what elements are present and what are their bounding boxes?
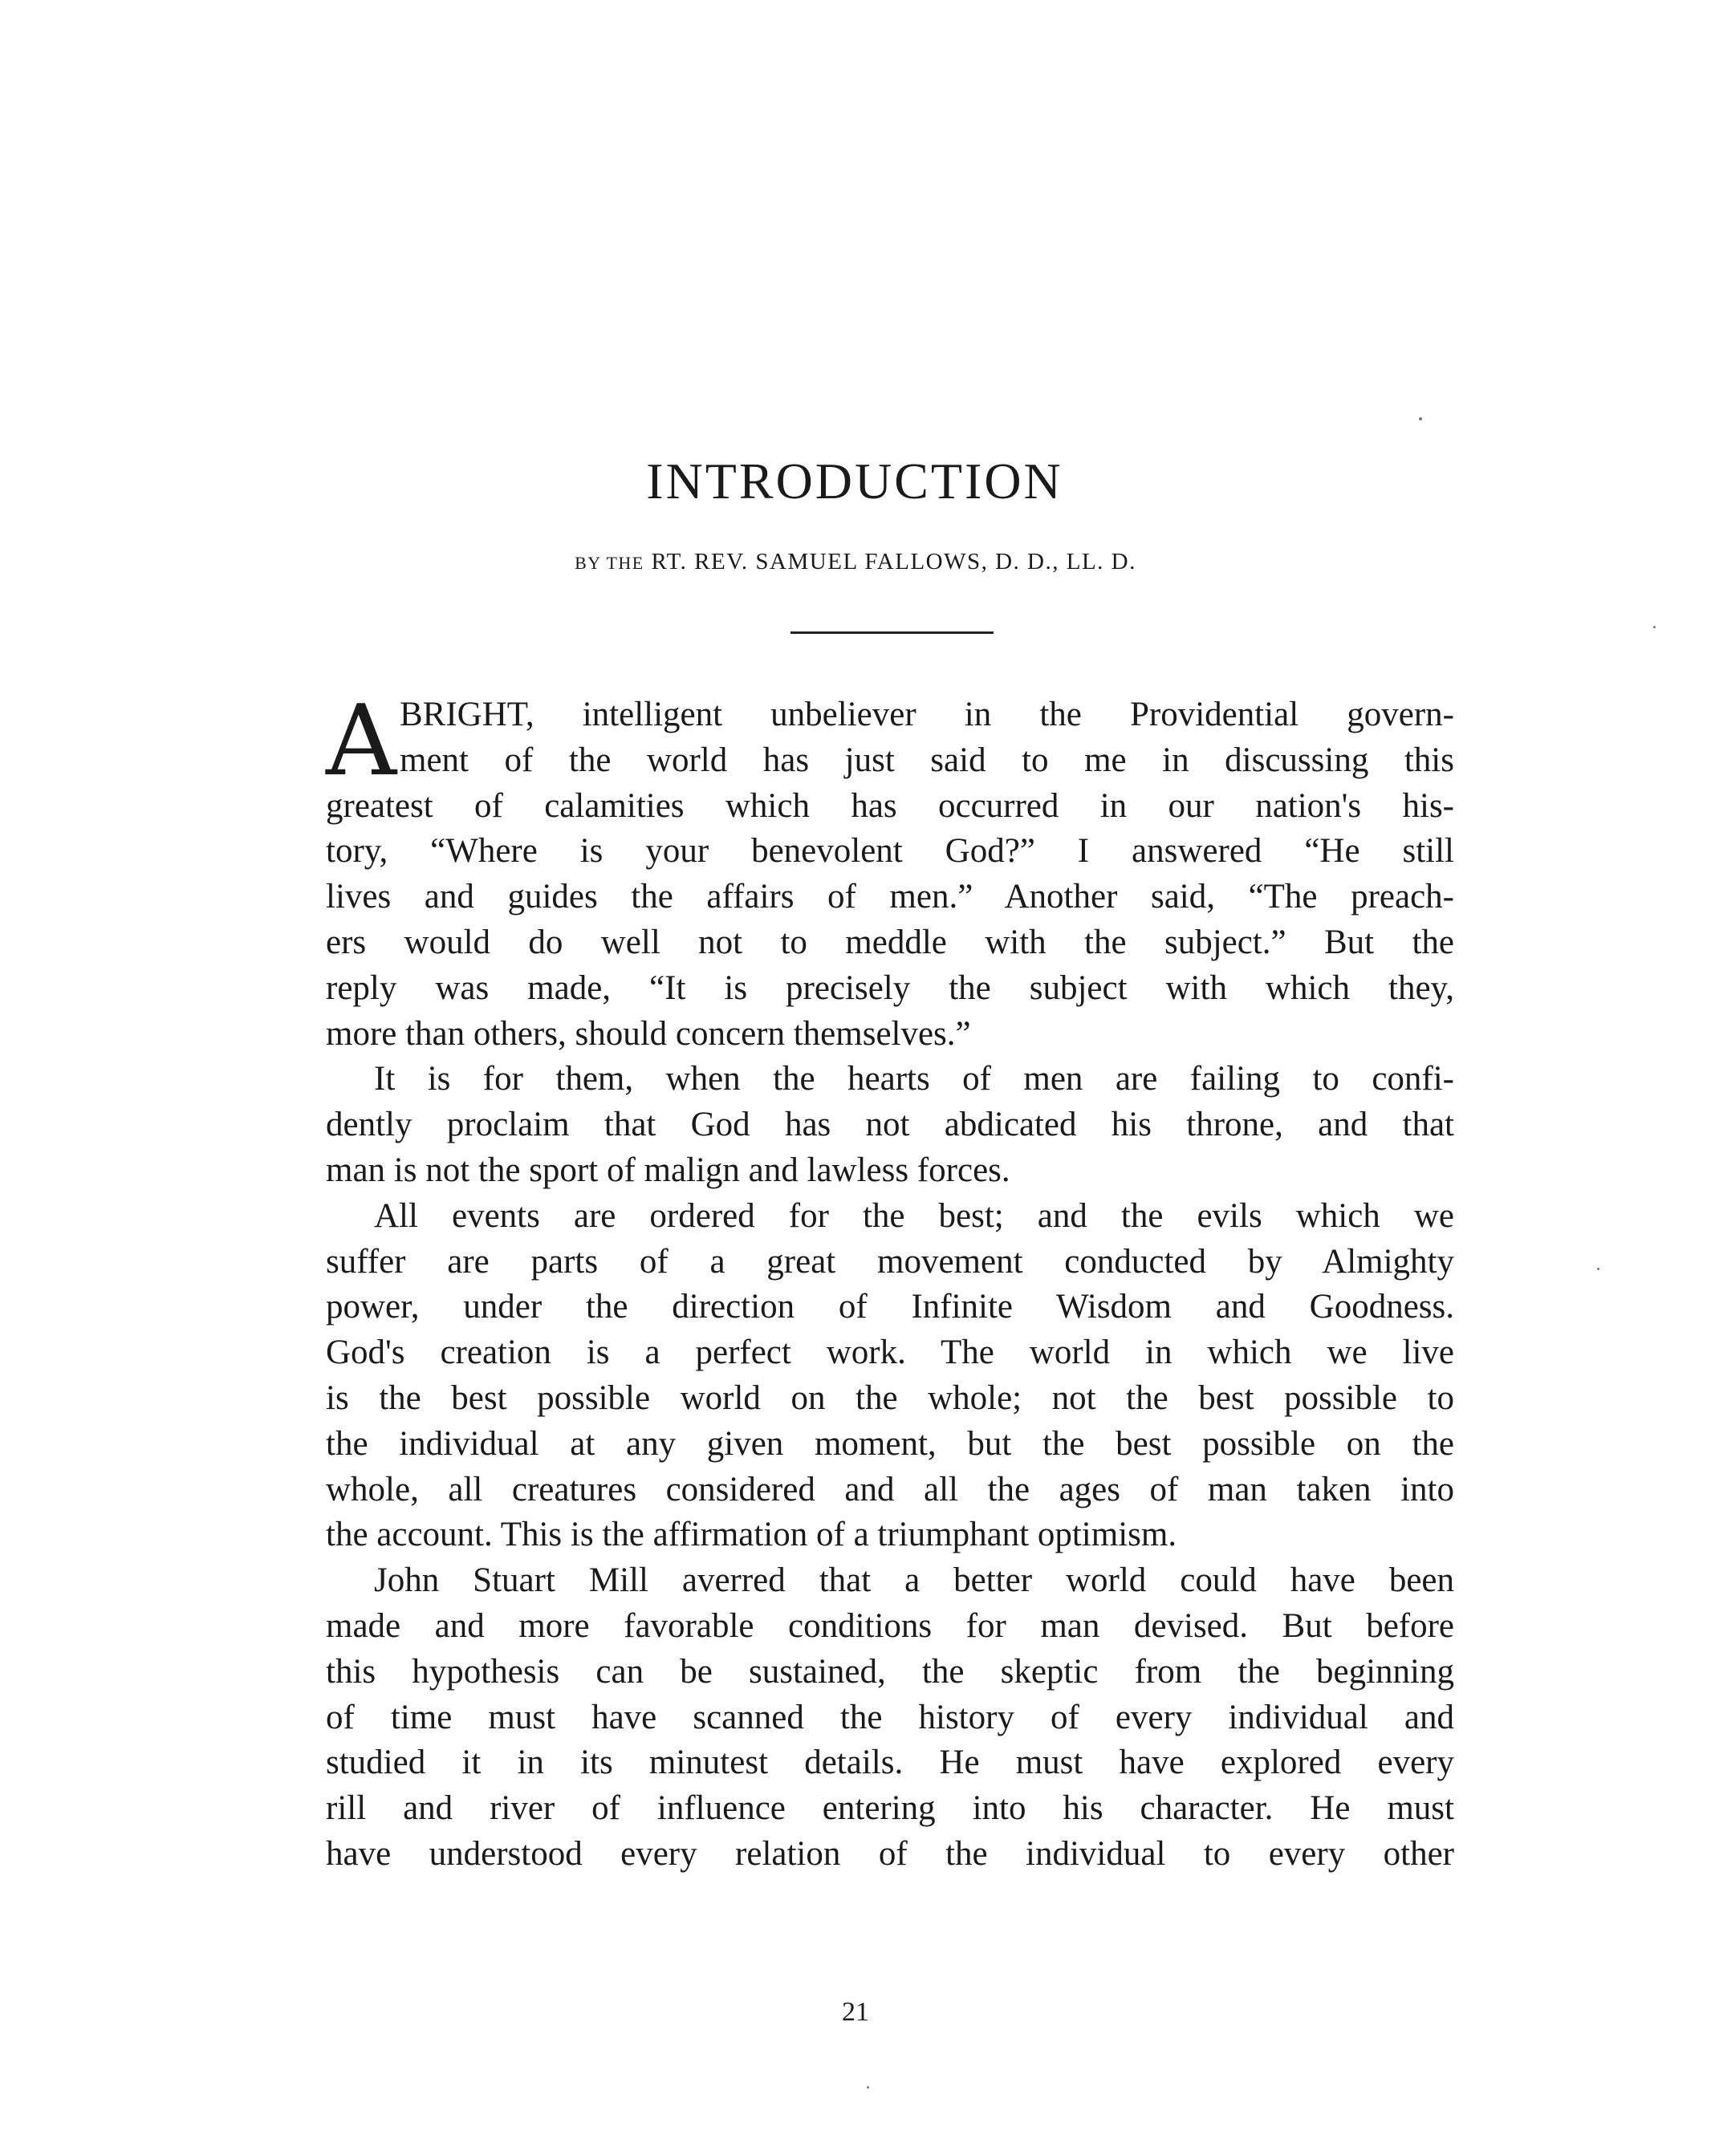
page-number: 21: [0, 1996, 1711, 2028]
chapter-title: INTRODUCTION: [0, 449, 1711, 514]
text-line: BRIGHT, intelligent unbeliever in the Pr…: [326, 692, 1454, 737]
text-line: God's creation is a perfect work. The wo…: [326, 1330, 1454, 1375]
text-line: reply was made, “It is precisely the sub…: [326, 965, 1454, 1011]
text-line: is the best possible world on the whole;…: [326, 1375, 1454, 1421]
byline-author: RT. REV. SAMUEL FALLOWS, D. D., LL. D.: [652, 549, 1136, 575]
text-line: studied it in its minutest details. He m…: [326, 1740, 1454, 1785]
text-line: tory, “Where is your benevolent God?” I …: [326, 828, 1454, 874]
text-line: suffer are parts of a great movement con…: [326, 1239, 1454, 1285]
text-line: man is not the sport of malign and lawle…: [326, 1147, 1454, 1193]
text-line: ers would do well not to meddle with the…: [326, 920, 1454, 965]
author-byline: By the RT. REV. SAMUEL FALLOWS, D. D., L…: [0, 546, 1711, 579]
book-page: INTRODUCTION By the RT. REV. SAMUEL FALL…: [0, 0, 1711, 2156]
text-line: the account. This is the affirmation of …: [326, 1512, 1454, 1557]
scan-speck: [867, 2086, 869, 2089]
text-line: lives and guides the affairs of men.” An…: [326, 874, 1454, 920]
text-line: whole, all creatures considered and all …: [326, 1467, 1454, 1512]
text-line: of time must have scanned the history of…: [326, 1695, 1454, 1740]
scan-speck: [1597, 1268, 1599, 1270]
scan-speck: [1419, 417, 1422, 420]
text-line: this hypothesis can be sustained, the sk…: [326, 1649, 1454, 1695]
text-line: John Stuart Mill averred that a better w…: [326, 1557, 1454, 1603]
text-line: power, under the direction of Infinite W…: [326, 1284, 1454, 1330]
text-line: All events are ordered for the best; and…: [326, 1193, 1454, 1239]
text-line: ment of the world has just said to me in…: [326, 737, 1454, 783]
text-line: dently proclaim that God has not abdicat…: [326, 1102, 1454, 1147]
text-line: greatest of calamities which has occurre…: [326, 783, 1454, 829]
text-line: have understood every relation of the in…: [326, 1831, 1454, 1877]
text-line: rill and river of influence entering int…: [326, 1785, 1454, 1831]
text-line: the individual at any given moment, but …: [326, 1421, 1454, 1467]
title-divider: [790, 631, 994, 634]
text-line: made and more favorable conditions for m…: [326, 1603, 1454, 1649]
scan-speck: [1653, 626, 1656, 628]
text-line: more than others, should concern themsel…: [326, 1011, 1454, 1057]
byline-prefix: By the: [575, 553, 644, 573]
text-line: It is for them, when the hearts of men a…: [326, 1056, 1454, 1102]
